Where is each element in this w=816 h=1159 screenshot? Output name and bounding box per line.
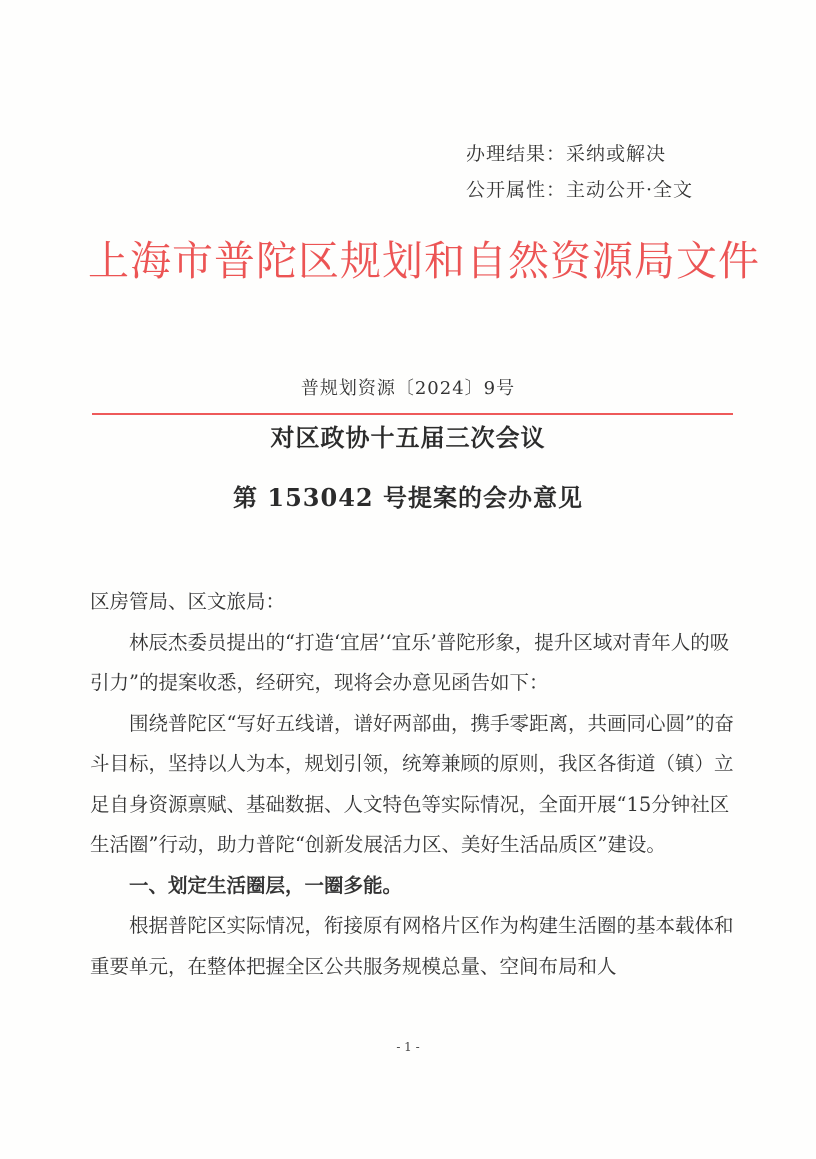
- salutation: 区房管局、区文旅局：: [90, 582, 740, 623]
- handling-result-label: 办理结果：: [466, 143, 566, 165]
- document-meta: 办理结果：采纳或解决 公开属性：主动公开·全文: [466, 136, 693, 208]
- disclosure-label: 公开属性：: [466, 179, 566, 201]
- section-heading: 一、划定生活圈层，一圈多能。: [90, 866, 740, 907]
- page-number: - 1 -: [0, 1040, 816, 1054]
- handling-result: 办理结果：采纳或解决: [466, 136, 693, 172]
- body-paragraph: 围绕普陀区“写好五线谱，谱好两部曲，携手零距离，共画同心圆”的奋斗目标，坚持以人…: [90, 704, 740, 866]
- document-page: 办理结果：采纳或解决 公开属性：主动公开·全文 上海市普陀区规划和自然资源局文件…: [0, 0, 816, 1159]
- subject-title-line-1: 对区政协十五届三次会议: [0, 420, 816, 456]
- document-number: 普规划资源〔2024〕9号: [0, 375, 816, 403]
- document-body: 区房管局、区文旅局： 林辰杰委员提出的“打造‘宜居’‘宜乐’普陀形象，提升区域对…: [90, 582, 740, 987]
- body-paragraph: 根据普陀区实际情况，衔接原有网格片区作为构建生活圈的基本载体和重要单元，在整体把…: [90, 906, 740, 987]
- disclosure-value: 主动公开·全文: [566, 179, 693, 201]
- subject-title-line-2: 第 153042 号提案的会办意见: [0, 480, 816, 516]
- issuing-organization-title: 上海市普陀区规划和自然资源局文件: [88, 235, 748, 287]
- handling-result-value: 采纳或解决: [566, 143, 666, 165]
- red-divider-line: [92, 413, 733, 415]
- body-paragraph: 林辰杰委员提出的“打造‘宜居’‘宜乐’普陀形象，提升区域对青年人的吸引力”的提案…: [90, 623, 740, 704]
- disclosure-attribute: 公开属性：主动公开·全文: [466, 172, 693, 208]
